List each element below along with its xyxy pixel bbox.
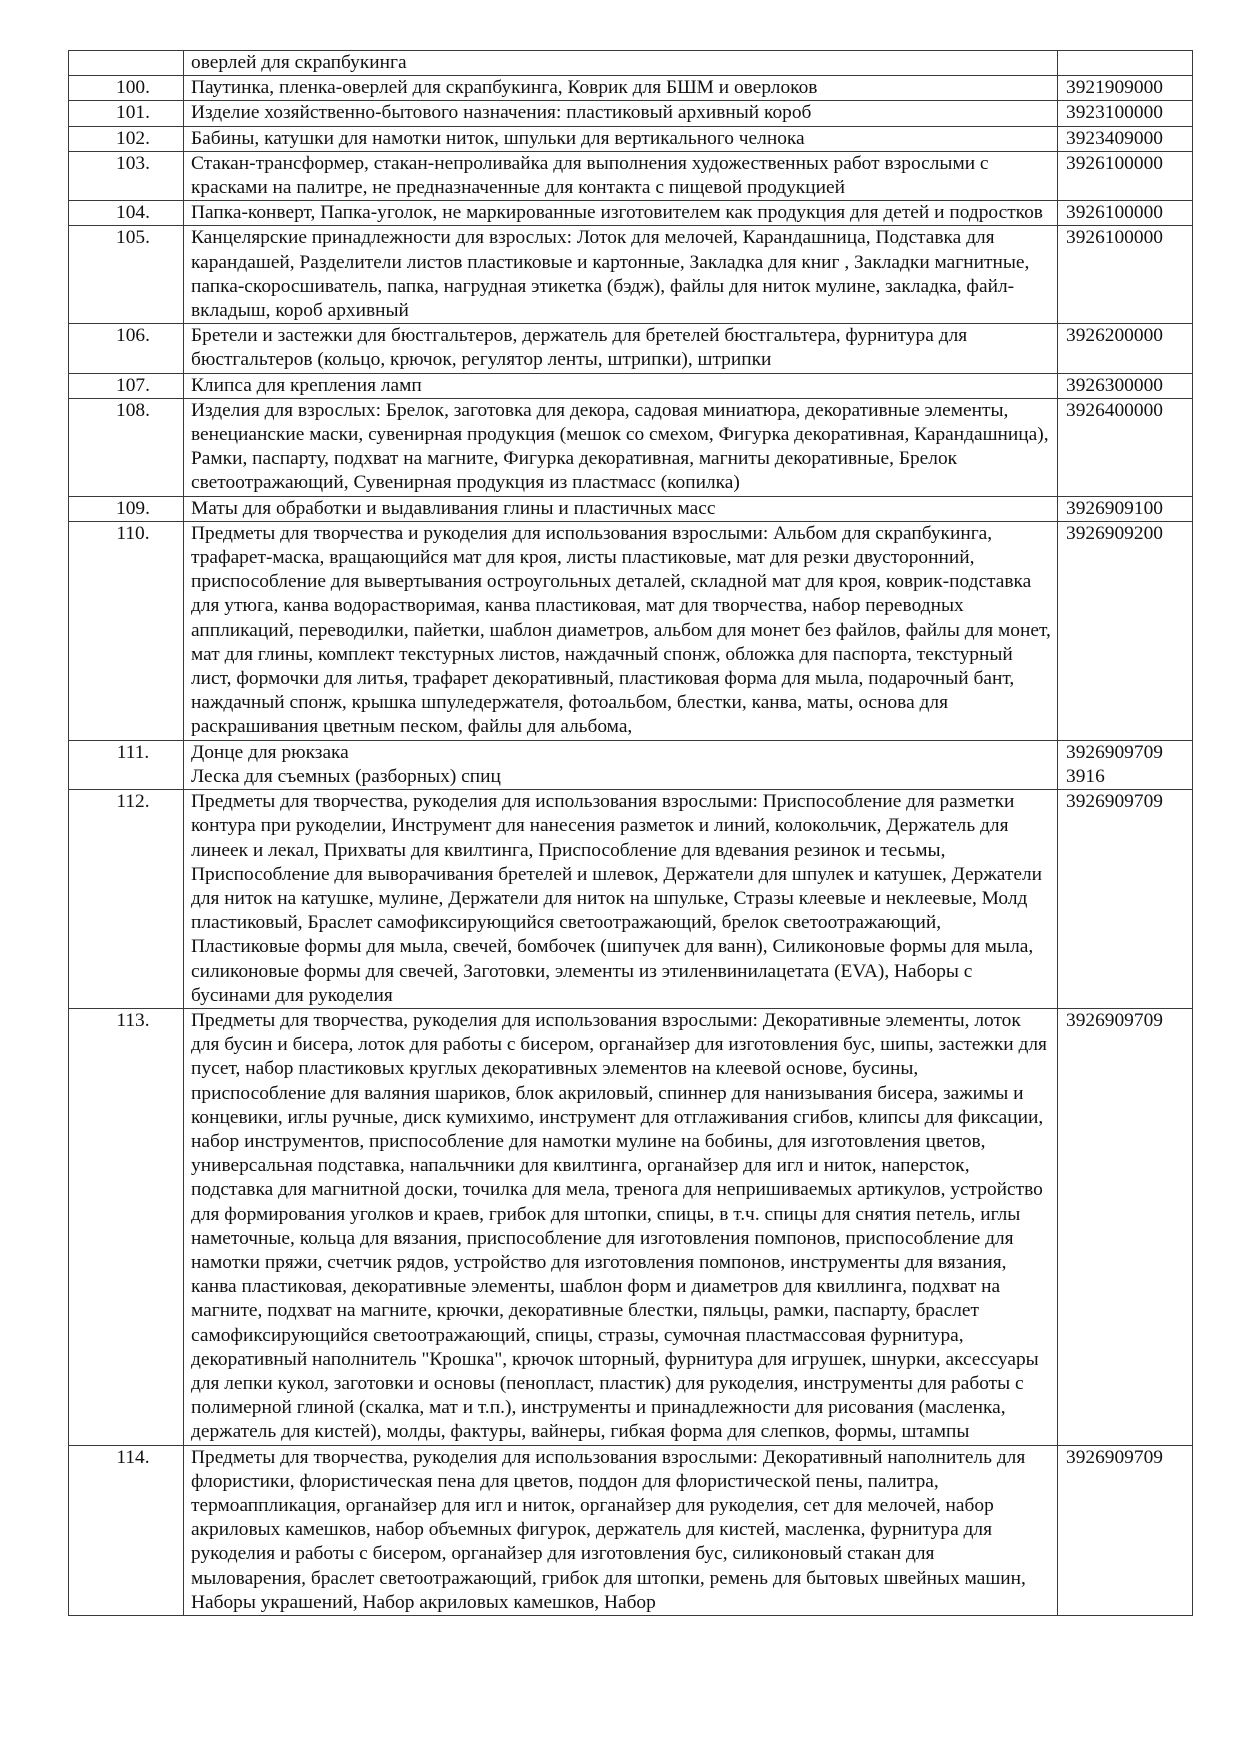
table-row: 113.Предметы для творчества, рукоделия д… (69, 1008, 1193, 1445)
row-tnved-code: 3923409000 (1058, 126, 1193, 151)
row-description: Предметы для творчества, рукоделия для и… (184, 1008, 1058, 1445)
row-description: Паутинка, пленка-оверлей для скрапбукинг… (184, 76, 1058, 101)
row-tnved-code: 3926909709 (1058, 790, 1193, 1009)
row-description: Маты для обработки и выдавливания глины … (184, 496, 1058, 521)
table-row: 114.Предметы для творчества, рукоделия д… (69, 1445, 1193, 1615)
row-number: 107. (69, 373, 184, 398)
row-tnved-code: 3926400000 (1058, 398, 1193, 496)
table-row: 100.Паутинка, пленка-оверлей для скрапбу… (69, 76, 1193, 101)
row-number: 100. (69, 76, 184, 101)
row-number: 114. (69, 1445, 184, 1615)
row-number: 111. (69, 740, 184, 789)
row-number: 112. (69, 790, 184, 1009)
row-description: Донце для рюкзака Леска для съемных (раз… (184, 740, 1058, 789)
table-row: 112.Предметы для творчества, рукоделия д… (69, 790, 1193, 1009)
table-row: 110.Предметы для творчества и рукоделия … (69, 521, 1193, 740)
table-row: 104.Папка-конверт, Папка-уголок, не марк… (69, 201, 1193, 226)
row-number: 103. (69, 151, 184, 200)
row-description: Предметы для творчества, рукоделия для и… (184, 1445, 1058, 1615)
row-description: Изделия для взрослых: Брелок, заготовка … (184, 398, 1058, 496)
row-description: оверлей для скрапбукинга (184, 51, 1058, 76)
row-tnved-code: 3921909000 (1058, 76, 1193, 101)
goods-table: оверлей для скрапбукинга100.Паутинка, пл… (68, 50, 1193, 1616)
row-number: 109. (69, 496, 184, 521)
table-row: 105.Канцелярские принадлежности для взро… (69, 226, 1193, 324)
row-tnved-code (1058, 51, 1193, 76)
row-number: 110. (69, 521, 184, 740)
row-number: 105. (69, 226, 184, 324)
row-tnved-code: 3926100000 (1058, 201, 1193, 226)
row-number: 106. (69, 324, 184, 373)
document-page: оверлей для скрапбукинга100.Паутинка, пл… (0, 0, 1241, 1756)
row-number: 102. (69, 126, 184, 151)
row-tnved-code: 3926300000 (1058, 373, 1193, 398)
table-row: 107.Клипса для крепления ламп3926300000 (69, 373, 1193, 398)
row-tnved-code: 3926200000 (1058, 324, 1193, 373)
row-tnved-code: 3926100000 (1058, 226, 1193, 324)
row-description: Предметы для творчества, рукоделия для и… (184, 790, 1058, 1009)
row-number: 101. (69, 101, 184, 126)
row-number: 113. (69, 1008, 184, 1445)
row-tnved-code: 3926909709 (1058, 1008, 1193, 1445)
row-tnved-code: 3923100000 (1058, 101, 1193, 126)
row-number (69, 51, 184, 76)
table-row: 111.Донце для рюкзака Леска для съемных … (69, 740, 1193, 789)
row-description: Изделие хозяйственно-бытового назначения… (184, 101, 1058, 126)
row-description: Клипса для крепления ламп (184, 373, 1058, 398)
table-row: 101.Изделие хозяйственно-бытового назнач… (69, 101, 1193, 126)
row-description: Папка-конверт, Папка-уголок, не маркиров… (184, 201, 1058, 226)
row-description: Стакан-трансформер, стакан-непроливайка … (184, 151, 1058, 200)
row-description: Бретели и застежки для бюстгальтеров, де… (184, 324, 1058, 373)
row-number: 108. (69, 398, 184, 496)
row-description: Предметы для творчества и рукоделия для … (184, 521, 1058, 740)
row-description: Канцелярские принадлежности для взрослых… (184, 226, 1058, 324)
row-tnved-code: 3926909100 (1058, 496, 1193, 521)
table-row: оверлей для скрапбукинга (69, 51, 1193, 76)
row-tnved-code: 3926100000 (1058, 151, 1193, 200)
row-tnved-code: 3926909709 3916 (1058, 740, 1193, 789)
table-row: 109.Маты для обработки и выдавливания гл… (69, 496, 1193, 521)
table-row: 108.Изделия для взрослых: Брелок, загото… (69, 398, 1193, 496)
row-tnved-code: 3926909709 (1058, 1445, 1193, 1615)
row-tnved-code: 3926909200 (1058, 521, 1193, 740)
row-number: 104. (69, 201, 184, 226)
table-row: 103.Стакан-трансформер, стакан-непролива… (69, 151, 1193, 200)
table-row: 106.Бретели и застежки для бюстгальтеров… (69, 324, 1193, 373)
table-row: 102.Бабины, катушки для намотки ниток, ш… (69, 126, 1193, 151)
goods-table-body: оверлей для скрапбукинга100.Паутинка, пл… (69, 51, 1193, 1616)
row-description: Бабины, катушки для намотки ниток, шпуль… (184, 126, 1058, 151)
